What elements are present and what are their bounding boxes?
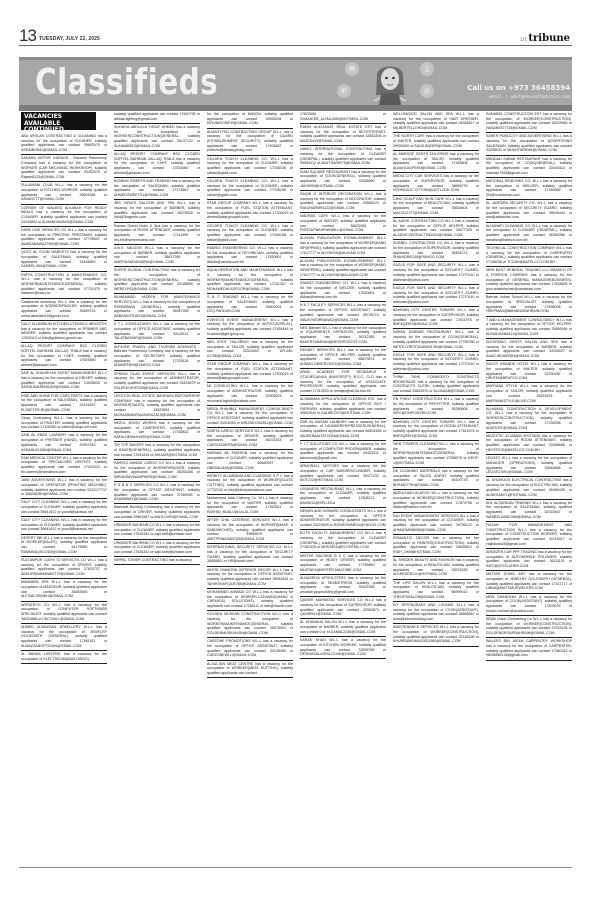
classified-ad: MARYANA STYLE W.L.L has a vacancy for th… — [486, 383, 572, 405]
classified-ad: MEDIA CITY CAR SERVICES has a vacancy fo… — [393, 173, 479, 195]
classified-ad: THINK TANK COMMODITY CONTRACTS BROKERAGE… — [393, 374, 479, 396]
classified-ad: RAM MEDICAL CENTER W.L.L has a vacancy f… — [21, 455, 107, 477]
classified-ad: FAIZAN FOR MANAGEMENT AND CONSTRUCTION W… — [486, 522, 572, 549]
column-5: WELLSWOOD SALON AND SPA W.L.L has a vaca… — [393, 111, 479, 869]
classified-ad: RAMSIS ENGINEERING CO. W.L.L has a vacan… — [300, 280, 386, 302]
classified-ad: MUHAMMAD YASEEN FOR MAINTENANCE SERVICES… — [114, 294, 200, 321]
classified-ad: RAMSIS ENGINEERING CO. W.L.L has a vacan… — [207, 245, 293, 267]
classified-ad: BAHRAIN CITY CENTER TOWERS W.L.L has a v… — [393, 307, 479, 329]
classified-ad: SIAM SQUARE RESTAURANT has a vacancy for… — [300, 169, 386, 191]
classified-ad: SAMABEL CONSTRUCTION EST has a vacancy f… — [486, 111, 572, 133]
column-1: ABU ARSLAN CONTRACTING & CLEANING has a … — [21, 111, 107, 869]
classified-ad: AL MAROOF GENTS TAILORING has a vacancy … — [393, 151, 479, 173]
classified-ad: SULAIMANI CLUB W.L.L has a vacancy for t… — [21, 182, 107, 204]
classified-ad: RAFFA CONSTRUCTION & MAINTENANCE CO. W.L… — [21, 272, 107, 299]
classified-ad: EAGLE FOR SAFE AND SECURITY W.L.L has a … — [393, 285, 479, 307]
classified-ad: MAINTENANCE SERVICES W.L.L has a vacancy… — [393, 624, 479, 646]
classified-ad: Casaforma workshop W.L.L has a vacancy f… — [21, 299, 107, 321]
classified-ad: NES Bahrain W.L.L has a vacancy for the … — [300, 325, 386, 347]
classified-ad: ON POINT CONSTRUCTION W.L.L has a vacanc… — [393, 396, 479, 418]
classified-ad: BAHRAIN CITY CENTER TOWERS W.L.L has a v… — [393, 419, 479, 441]
classified-ad: Ramee Grand Hotel & Spa has a vacancy fo… — [114, 223, 200, 245]
classified-ad: ALHAMAD CONSTRUCTION & DEVELOPMENT CO. W… — [486, 406, 572, 433]
column-4: 17822656 or SJMAJEEB_ALHULAIBI@HOTMAIL.C… — [300, 111, 386, 869]
classified-ad: ELITE FACILITY MANAGEMENT CO W.L.L has a… — [300, 530, 386, 552]
classified-ad: BOMBAY SWEETS AND TRADING has a vacancy … — [114, 178, 200, 200]
classified-ad: KARAK KHAN W.L.L has a vacancy for the o… — [300, 637, 386, 659]
classified-ad: QAISER MAHMOOD SERVICES CO W.L.L has a v… — [300, 597, 386, 619]
classified-ad: MI CONSULTING W.L.L has a vacancy for th… — [207, 383, 293, 405]
classified-ad: SUPER GLOBAL CONTRACTING has a vacancy f… — [114, 267, 200, 294]
classified-ad: ROMANTIC DECOR has a vacancy for the occ… — [393, 535, 479, 557]
classified-ad: GOLDEN TOUCH CLEANING CO. W.L.L has a va… — [207, 223, 293, 245]
classified-ad: Bahrain Indian School W.L.L has a vacanc… — [486, 294, 572, 316]
classified-ad: THE LIPS SALON W.L.L has a vacancy for t… — [393, 580, 479, 602]
classified-ad: Cinqo Contracting W.L.L. has a vacancy f… — [21, 415, 107, 433]
column-3: for the occupation of MASON, suitably qu… — [207, 111, 293, 869]
classified-ad: F I T SOLUTIONS CO W.L.L has a vacancy f… — [300, 441, 386, 463]
mobile-icon: ▯ — [420, 62, 434, 76]
classified-ad: ELESPADIO GENTS SALON AND SPA has a vaca… — [486, 339, 572, 361]
classified-ad: GULF CITY CLEANING W.L.L has a vacancy f… — [21, 517, 107, 535]
classified-ad: THE NORTH CAFE has a vacancy for the occ… — [393, 133, 479, 151]
classified-ad: DE CLEANING MATERIALS has a vacancy for … — [393, 468, 479, 490]
classified-ad: LEGATO W.L.L has a vacancy for the occup… — [486, 455, 572, 477]
classified-ad: EVENTOS EVENT MANAGEMENT W.L.L has a vac… — [207, 317, 293, 339]
classified-ad: A.N.S SALOON W.L.L has a vacancy for the… — [114, 245, 200, 267]
globe-icon: ◎ — [420, 84, 434, 98]
classified-ad: CARZONE PROMOTIONS W.L.L has a vacancy f… — [207, 638, 293, 660]
classified-ad: URBASER BAHRAIN CO W.L.L has a vacancy f… — [114, 522, 200, 540]
classified-ad: SAHARA MOTOR GARAGE - Bahraini Partnersh… — [21, 155, 107, 182]
classified-ad: ALSULTAN MEAT CENTRE has a vacancy for t… — [207, 661, 293, 679]
classified-ad: MADRAS CAFE W.L.L has a vacancy for the … — [300, 213, 386, 235]
classified-ad: AL AADHI CONTRACTING CO W.L.L has a vaca… — [393, 218, 479, 240]
classified-ad: RISE AND SHINE FOR CARS PARTS has a vaca… — [21, 393, 107, 415]
classified-ad: NEZUL WOOD WORKS has a vacancy for the o… — [114, 420, 200, 442]
classified-ad: AHL ALSUNDAN TRADING W.L.L has a vacancy… — [486, 500, 572, 522]
classified-ad: WIN SOOT TAILORING has a vacancy for the… — [207, 339, 293, 361]
classified-ad: WHITE DIAMOND INTERIOR DECOR W.L.L has a… — [207, 567, 293, 589]
classified-ad: GULF CITY CLEANING W.L.L has a vacancy f… — [21, 499, 107, 517]
classified-ad: URBASER BAHRAIN CO W.L.L has a vacancy f… — [114, 540, 200, 558]
classified-ad: PARVEZ AHMAD CARGO CO W.L.L has a vacanc… — [114, 460, 200, 482]
classified-ad: STAR GROUP COMPANY W.L.L has a vacancy f… — [207, 361, 293, 383]
classified-ad: INTERNATIONAL SECURITY SERVICES CO. W.L.… — [207, 544, 293, 566]
classified-ad: ARRATECH CO W.L.L has a vacancy for the … — [21, 602, 107, 624]
classified-ad: AL SHOMOOS ELECTRICAL CONTRACTING has a … — [486, 477, 572, 499]
classified-ad: IVY RESTAURANT AND LOUNGE W.L.L has a va… — [393, 602, 479, 624]
classified-ad: SULTANPUR LODHI 73 SERVICES CO W.L.L has… — [21, 557, 107, 579]
classified-ad: DARK LINE SERVICES CO W.L.L has a vacanc… — [21, 227, 107, 249]
classified-ad: ABU ARSLAN CONTRACTING & CLEANING has a … — [21, 133, 107, 155]
classified-ad: WEB TOWERS CLEANING W.L.L has a vacancy … — [393, 441, 479, 468]
brand-prefix: DT — [520, 37, 527, 43]
contact-email: email : advt@newsofbahrain.com — [489, 95, 570, 100]
classified-ad: ALLAQ RESORT COMPANY BSC CLOSED SOFITEL … — [21, 343, 107, 370]
classified-ad: INDIAN DARBAR RESTAURANT W.L.L has a vac… — [393, 329, 479, 351]
envelope-icon: ✉ — [345, 62, 359, 76]
classified-ad: AL KHAWAJA SALON W.L.L has a vacancy for… — [300, 619, 386, 637]
classified-ad: EAGLE FOR SAFE AND SECURITY W.L.L has a … — [393, 352, 479, 374]
classified-ad: ABDULHADI ALAFOO W.L.L has a vacancy for… — [393, 490, 479, 512]
classified-ad: TIP TOP BAKERY has a vacancy for the occ… — [114, 442, 200, 460]
classified-ad: DIMO SCALP AND SKIN CARE W.L.L has a vac… — [393, 196, 479, 218]
classified-ad: AFTER CHAI CATERING SERVICES W.L.L has a… — [207, 517, 293, 544]
classified-ad: MANDALI KABAB RESTAURANT has a vacancy f… — [486, 156, 572, 178]
classified-ad: WALEED BIN JAFAN CARPENTRY WORKSHOP has … — [486, 638, 572, 660]
classified-ad: EAGLE FOR SAFE AND SECURITY W.L.L has a … — [393, 262, 479, 284]
classified-ad: ZAIN AL EBAD LAUNDRY has a vacancy for t… — [21, 432, 107, 454]
classified-ad: ARAB Union Contracting Co W.L.L has a va… — [486, 616, 572, 638]
classified-ad: AL SHEDER BEAUTY AND FASHION has a vacan… — [393, 557, 479, 579]
classified-ad: LEESTON REAL ESTATE BAHRAINI PARTNERSHIP… — [114, 393, 200, 420]
classified-ad: GOLDEN TOUCH CLEANING CO. W.L.L has a va… — [207, 156, 293, 178]
classified-ad: MARIAM 88 FASHION has a vacancy for the … — [207, 450, 293, 472]
classified-ad: CORNER OF WALEED ALKABAH FOR READY MEALS… — [21, 205, 107, 227]
classified-ad: HAKEL INTERNATIONAL CONTRACTING has a va… — [300, 146, 386, 168]
contact-phone: Call us on +973 36458394 — [467, 84, 570, 92]
phone-icon: ✆ — [337, 84, 351, 98]
column-6: SAMABEL CONSTRUCTION EST has a vacancy f… — [486, 111, 572, 869]
classified-ad: JAWI ADVERTISING W.L.L has a vacancy for… — [21, 477, 107, 499]
classified-ad: GOLDEN MUSKAN CONSTRUCTION W.L.L has a v… — [207, 611, 293, 638]
classified-ad: NENON AND HOWARD CONSULTANTS W.L.L has a… — [300, 508, 386, 530]
brand-logo: DTtribune — [520, 33, 570, 44]
classified-ad: 17822656 or SJMAJEEB_ALHULAIBI@HOTMAIL.C… — [300, 111, 386, 124]
classified-ad: RAJ EVENT MANAGEMENT SERVICES W.L.L has … — [393, 513, 479, 535]
classified-ad: AL BAHAA LIGHTING has a vacancy for the … — [21, 651, 107, 664]
classified-ad: AQUA OPERATION AND MAINTENANCE W.L.L has… — [207, 267, 293, 294]
classified-ad: MANNAPA SPA W.L.L has a vacancy for the … — [21, 579, 107, 601]
classified-ad: for the occupation of MASON, suitably qu… — [207, 111, 293, 129]
classified-ad: Basharat Building Contracting has a vaca… — [114, 504, 200, 522]
classified-ad: ALLAQ RESORT COMPANY BSC CLOSED SOFITEL … — [114, 151, 200, 178]
classified-columns: ABU ARSLAN CONTRACTING & CLEANING has a … — [21, 111, 572, 869]
classified-ad: RAKIN ALATJAHAT REAL ESTATE EST has a va… — [300, 124, 386, 146]
classified-ad: SAVOY GRANDE HOTEL W.L.L has a vacancy f… — [486, 361, 572, 383]
section-heading: VACANCIES AVAILABLE CONTINUED — [21, 112, 96, 130]
column-2: suitably qualified applicants can contac… — [114, 111, 200, 869]
classified-ad: INFINITY ALUMINIUM AND CLADDING S P C ha… — [207, 473, 293, 495]
classified-ad: TECHNICAL CONSTRUCTION COMPANY W.L.L has… — [486, 245, 572, 267]
classified-ad: ALSAMMAK APPLICATIONS CLEARING EST. has … — [300, 396, 386, 418]
classified-ad: SUHAIYA ABDULLA YUSUF AHMED has a vacanc… — [114, 124, 200, 151]
classified-ad: AHMED ALWAZZAN JEWELLERY W.L.L has a vac… — [21, 624, 107, 651]
banner-title: Classifieds — [35, 63, 218, 103]
classified-ad: DESERT INK W.L.L has a vacancy for the o… — [21, 535, 107, 557]
classified-ad: suitably qualified applicants can contac… — [114, 111, 200, 124]
header-divider — [19, 45, 572, 46]
brand-name: tribune — [528, 33, 570, 44]
classified-ad: R S B N S SERVICES CO W.L.L has a vacanc… — [114, 482, 200, 504]
page-number: 13 — [19, 28, 36, 44]
classified-ad: ALAYAM PUBLICATION ESTABLISHMENT W.L.L h… — [300, 258, 386, 280]
classified-ad: ARAB ACADEMY FOR RESEARCH & STUDIES(ANUA… — [300, 369, 386, 396]
classified-ad: DAR AL BASAM LAUNDRY has a vacancy for t… — [300, 419, 386, 441]
classified-ad: QOOT AL YOOM MARKETS has a vacancy for t… — [21, 249, 107, 271]
classified-ad: MAJESTIC ALJAMAN BYOTANA has a vacancy f… — [486, 433, 572, 455]
classified-ad: T AND A MANAGEMENT CONSULTANCY W.L.L has… — [486, 317, 572, 339]
operator-avatar — [371, 57, 409, 105]
classified-ad: MOHAMMED AHMADI CO W.L.L has a vacancy f… — [207, 589, 293, 611]
page-bottom-rule — [19, 867, 572, 868]
classified-ad: GOLDEN TOUCH CLEANING CO. W.L.L has a va… — [207, 178, 293, 200]
classified-ad: ALMASYYED CONTRACTING GROUP W.L.L has a … — [207, 129, 293, 156]
classified-ad: REDDET SERVICES W.L.L has a vacancy for … — [300, 347, 386, 369]
classified-ad: MIRZA SHAHBAZ MANAGEMENT CONSULTANCY CO … — [207, 406, 293, 428]
classified-ad: SAHER PUBLICITY AND ADVERTISING W.L.L ha… — [486, 133, 572, 155]
classified-ad: Mohammed Jalal Catering Co. W.L.L has a … — [207, 495, 293, 517]
classified-ad: 3BS GENTS SALOON AND SPA W.L.L has a vac… — [114, 200, 200, 222]
classified-ad: ALHANAFI CLEANING CO W.L.L has a vacancy… — [486, 223, 572, 245]
classified-ad: STAR GROUP COMPANY W.L.L has a vacancy f… — [207, 200, 293, 222]
classified-ad: ARMORALL MOTORS has a vacancy for the oc… — [300, 463, 386, 485]
classified-ad: NATIONAL READYMIX CO. W.L.L has a vacanc… — [486, 178, 572, 200]
classified-ad: AL JAZEERA SECURITY CO. W.L.L has a vaca… — [486, 200, 572, 222]
classified-ad: SPRING GLAD EVENT SERVICES W.L.L has a v… — [114, 371, 200, 393]
classified-ad: ALFAJER TRAVEL AND TOURISM AGENCIES - Ba… — [114, 344, 200, 371]
classified-ad: S B C TRADING W.L.L has a vacancy for th… — [207, 294, 293, 316]
page-date: TUESDAY, JULY 22, 2025 — [39, 36, 100, 42]
classified-ad: NEW EAST GENERAL TRADING LLC BRANCH OF A… — [486, 267, 572, 294]
classified-ad: KIRPAL TOWER CONTRACTING has a vacancy — [114, 557, 200, 565]
classified-ad: MISTER MACHINE B S C has a vacancy for t… — [300, 553, 386, 575]
classified-ad: SARITA CARGO SERVICES W.L.L has a vacanc… — [207, 428, 293, 450]
classified-ad: ALNASRIYA UPHOLSTERY has a vacancy for t… — [300, 575, 386, 597]
classified-ad: GULF ALUMINIUM KITCHEN UTENSILS INDUSTRY… — [21, 321, 107, 343]
classified-ad: MATTAR JEWEL ART has a vacancy for the o… — [486, 571, 572, 593]
classified-ad: WELLSWOOD SALON AND SPA W.L.L has a vaca… — [393, 111, 479, 133]
classified-ad: SAIF AL SHAHRIYAH EVENT MANAGEMENT W.L.L… — [21, 370, 107, 392]
classified-ad: N & T FACILITY SERVICES W.L.L has a vaca… — [300, 302, 386, 324]
classified-ad: NEW SHANGHAI W.L.L has a vacancy for the… — [486, 594, 572, 616]
classified-ad: ARDEZEN CAR PPF TRADING has a vacancy fo… — [486, 549, 572, 571]
classified-ad: ALAYAM PUBLICATION ESTABLISHMENT W.L.L h… — [300, 235, 386, 257]
classified-ad: LEBANESE RESTAURANT W.L.L has a vacancy … — [300, 486, 386, 508]
classified-ad: K T L CONSULTANCY W.L.L has a vacancy fo… — [114, 321, 200, 343]
page-header: 13 TUESDAY, JULY 22, 2025 — [19, 28, 272, 46]
classified-ad: SAQIB G INTERIOR DECORATION W.L.L has a … — [300, 191, 386, 213]
classified-ad: SURNEL CONTRACTING CO W.L.L has a vacanc… — [393, 240, 479, 262]
